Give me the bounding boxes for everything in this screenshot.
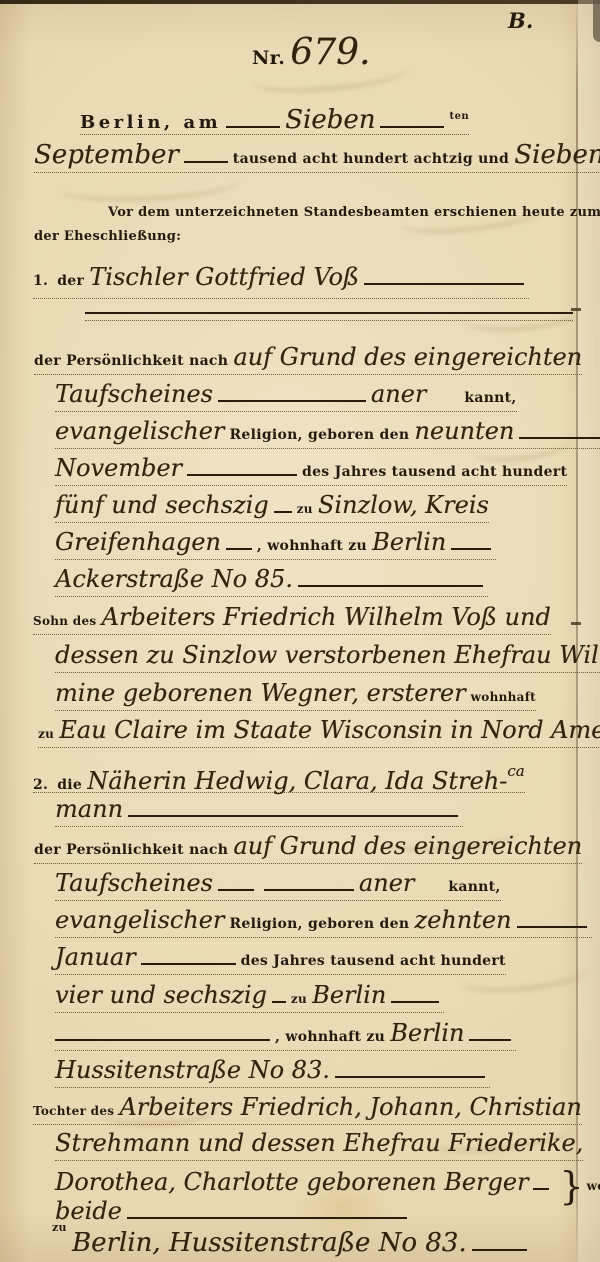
marriage-record-page: B. Nr. 679. Berlin, amSiebenten Septembe… xyxy=(0,0,600,1262)
bride-birth-year-line: vier und sechszigzu Berlin xyxy=(55,978,444,1013)
rule-dash xyxy=(335,1073,485,1078)
day-value: Sieben xyxy=(285,105,375,135)
bride-identity-line: der Persönlichkeit nach auf Grund des ei… xyxy=(34,829,582,864)
corner-mark: B. xyxy=(508,6,534,36)
groom-parents-2: dessen zu Sinzlow verstorbenen Ehefrau W… xyxy=(55,641,600,669)
rule-dash xyxy=(274,508,292,513)
birth-year-label: des Jahres tausend acht hundert xyxy=(302,464,567,480)
fold-tick xyxy=(571,622,581,625)
groom-birth-month-line: Novemberdes Jahres tausend acht hundert xyxy=(55,451,567,486)
groom-document-line: Taufscheinesanerkannt, xyxy=(55,377,517,412)
birthplace-label-2: zu xyxy=(291,992,307,1006)
groom-name: Tischler Gottfried Voß xyxy=(89,263,359,291)
groom-name-line: 1.der Tischler Gottfried Voß xyxy=(33,256,529,299)
record-number-label: Nr. xyxy=(252,47,285,69)
filiation-label: Sohn des xyxy=(33,614,96,628)
bride-birth-month-line: Januardes Jahres tausend acht hundert xyxy=(55,940,506,975)
wohnhaft-label: wohnhaft xyxy=(587,1179,600,1193)
bride-filiation-line-3: Dorothea, Charlotte geborenen Berger}woh… xyxy=(55,1162,600,1202)
groom-residence: Berlin xyxy=(372,528,446,556)
birth-year-label-2: des Jahres tausend acht hundert xyxy=(241,953,506,969)
groom-parents-residence: Eau Claire im Staate Wisconsin in Nord A… xyxy=(59,716,600,744)
groom-item-number: 1. xyxy=(33,273,48,289)
bride-recognized-value: aner xyxy=(359,869,414,897)
groom-birthplace: Sinzlow, Kreis xyxy=(318,491,489,519)
groom-filiation-line-2: dessen zu Sinzlow verstorbenen Ehefrau W… xyxy=(55,638,600,673)
corner-mark-letter: B. xyxy=(508,8,534,33)
zu-label-line: zu xyxy=(52,1216,67,1236)
year-value: Sieben xyxy=(514,140,600,170)
religion-label: Religion, geboren den xyxy=(229,427,409,443)
birthplace-label: zu xyxy=(297,502,313,516)
date-line-2: Septembertausend acht hundert achtzig un… xyxy=(34,138,600,173)
identity-label-2: der Persönlichkeit nach xyxy=(34,842,228,858)
religion-label-2: Religion, geboren den xyxy=(229,916,409,932)
bride-parents-1: Arbeiters Friedrich, Johann, Christian xyxy=(119,1093,581,1121)
rule-dash xyxy=(451,545,491,550)
bride-name-line: 2.die Näherin Hedwig, Clara, Ida Streh-c… xyxy=(33,750,525,793)
date-line-1: Berlin, amSiebenten xyxy=(80,100,469,135)
groom-document-value: Taufscheines xyxy=(55,380,213,408)
bride-street-line: Hussitenstraße No 83. xyxy=(55,1053,490,1088)
rule-dash xyxy=(128,812,458,817)
groom-parents-3: mine geborenen Wegner, ersterer xyxy=(55,679,466,707)
rule-dash xyxy=(533,1185,549,1190)
bride-birth-day: zehnten xyxy=(414,906,511,934)
groom-birthplace-line: Greifenhagen, wohnhaft zu Berlin xyxy=(55,525,496,560)
brace-glyph: } xyxy=(559,1164,583,1208)
bride-filiation-line-2: Strehmann und dessen Ehefrau Friederike, xyxy=(55,1126,583,1161)
rule-dash xyxy=(187,471,297,476)
rule-dash xyxy=(55,1036,270,1041)
groom-birth-year: fünf und sechszig xyxy=(55,491,269,519)
rule-dash xyxy=(218,397,366,402)
month-value: September xyxy=(34,140,179,170)
groom-identity-value: auf Grund des eingereichten xyxy=(233,343,582,371)
groom-parents-1: Arbeiters Friedrich Wilhelm Voß und xyxy=(102,603,551,631)
rule-dash xyxy=(184,158,228,163)
bride-document-value: Taufscheines xyxy=(55,869,213,897)
year-printed: tausend acht hundert achtzig und xyxy=(233,151,509,167)
groom-parents-residence-line: zu Eau Claire im Staate Wisconsin in Nor… xyxy=(38,713,600,748)
rule-dash xyxy=(127,1214,407,1219)
recognized-label: kannt, xyxy=(464,390,516,406)
scan-edge-top xyxy=(0,0,600,4)
groom-identity-line: der Persönlichkeit nach auf Grund des ei… xyxy=(34,340,582,375)
residence-label-2: , wohnhaft zu xyxy=(275,1029,385,1045)
bride-birthplace: Berlin xyxy=(312,981,386,1009)
insertion-ca: ca xyxy=(507,762,524,780)
final-residence-line: Berlin, Hussitenstraße No 83. xyxy=(72,1226,532,1260)
recognized-label-2: kannt, xyxy=(448,879,500,895)
final-residence: Berlin, Hussitenstraße No 83. xyxy=(72,1228,467,1258)
groom-street-line: Ackerstraße No 85. xyxy=(55,562,488,597)
groom-recognized-value: aner xyxy=(371,380,426,408)
bride-religion-value: evangelischer xyxy=(55,906,224,934)
rule-dash xyxy=(218,886,254,891)
rule-dash xyxy=(272,998,286,1003)
intro-text-1: Vor dem unterzeichneten Standesbeamten e… xyxy=(108,205,600,220)
rule-dash xyxy=(469,1036,511,1041)
both-line: beide xyxy=(55,1198,412,1224)
rule-dash xyxy=(264,886,354,891)
intro-line-1: Vor dem unterzeichneten Standesbeamten e… xyxy=(108,198,600,224)
rule-dash xyxy=(517,923,587,928)
rule-dash xyxy=(226,123,280,128)
rule-dash xyxy=(519,434,600,439)
bride-name-line-2: mann xyxy=(55,792,463,827)
rule-dash xyxy=(364,280,524,285)
groom-birthplace-2: Greifenhagen xyxy=(55,528,221,556)
bride-name-2: mann xyxy=(55,795,123,823)
residence-label: , wohnhaft zu xyxy=(257,538,367,554)
parents-zu-label: zu xyxy=(38,727,54,741)
bride-item-number: 2. xyxy=(33,777,48,793)
bride-filiation-line-1: Tochter des Arbeiters Friedrich, Johann,… xyxy=(33,1090,582,1125)
rule-dash xyxy=(226,545,252,550)
bride-residence: Berlin xyxy=(390,1019,464,1047)
groom-birth-day: neunten xyxy=(414,417,514,445)
rule-dash xyxy=(298,582,483,587)
bride-residence-line: , wohnhaft zu Berlin xyxy=(55,1016,516,1051)
bride-document-line: Taufscheinesanerkannt, xyxy=(55,866,501,901)
groom-filiation-line-3: mine geborenen Wegner, ersterer wohnhaft xyxy=(55,676,536,711)
bride-parents-2: Strehmann und dessen Ehefrau Friederike, xyxy=(55,1129,583,1157)
record-number-value: 679. xyxy=(290,32,370,73)
groom-filiation-line-1: Sohn des Arbeiters Friedrich Wilhelm Voß… xyxy=(33,600,551,635)
record-number: Nr. 679. xyxy=(252,28,370,78)
bride-residence-street: Hussitenstraße No 83. xyxy=(55,1056,330,1084)
groom-birth-year-line: fünf und sechszigzu Sinzlow, Kreis xyxy=(55,488,489,523)
rule-dash xyxy=(391,998,439,1003)
bride-parents-3: Dorothea, Charlotte geborenen Berger xyxy=(55,1168,528,1196)
groom-article: der xyxy=(57,273,84,289)
zu-label: zu xyxy=(52,1221,67,1234)
groom-religion-value: evangelischer xyxy=(55,417,224,445)
intro-text-2: der Eheschließung: xyxy=(34,229,181,244)
bride-religion-line: evangelischer Religion, geboren den zehn… xyxy=(55,903,592,938)
bride-birth-month: Januar xyxy=(55,943,136,971)
bride-identity-value: auf Grund des eingereichten xyxy=(233,832,582,860)
identity-label: der Persönlichkeit nach xyxy=(34,353,228,369)
groom-religion-line: evangelischer Religion, geboren den neun… xyxy=(55,414,600,449)
intro-line-2: der Eheschließung: xyxy=(34,222,181,248)
rule-dash xyxy=(141,960,236,965)
parents-residence-label: wohnhaft xyxy=(471,690,536,704)
bride-name: Näherin Hedwig, Clara, Ida Streh- xyxy=(87,767,507,795)
rule-dash xyxy=(380,123,444,128)
bride-birth-year: vier und sechszig xyxy=(55,981,267,1009)
binding-margin xyxy=(578,0,600,1262)
groom-birth-month: November xyxy=(55,454,182,482)
filiation-label-2: Tochter des xyxy=(33,1104,114,1118)
place-label: Berlin, am xyxy=(80,112,221,133)
groom-residence-street: Ackerstraße No 85. xyxy=(55,565,293,593)
bride-article: die xyxy=(57,777,82,793)
day-suffix: ten xyxy=(449,111,469,122)
rule-dash xyxy=(472,1246,527,1251)
blank-rule xyxy=(85,312,573,321)
